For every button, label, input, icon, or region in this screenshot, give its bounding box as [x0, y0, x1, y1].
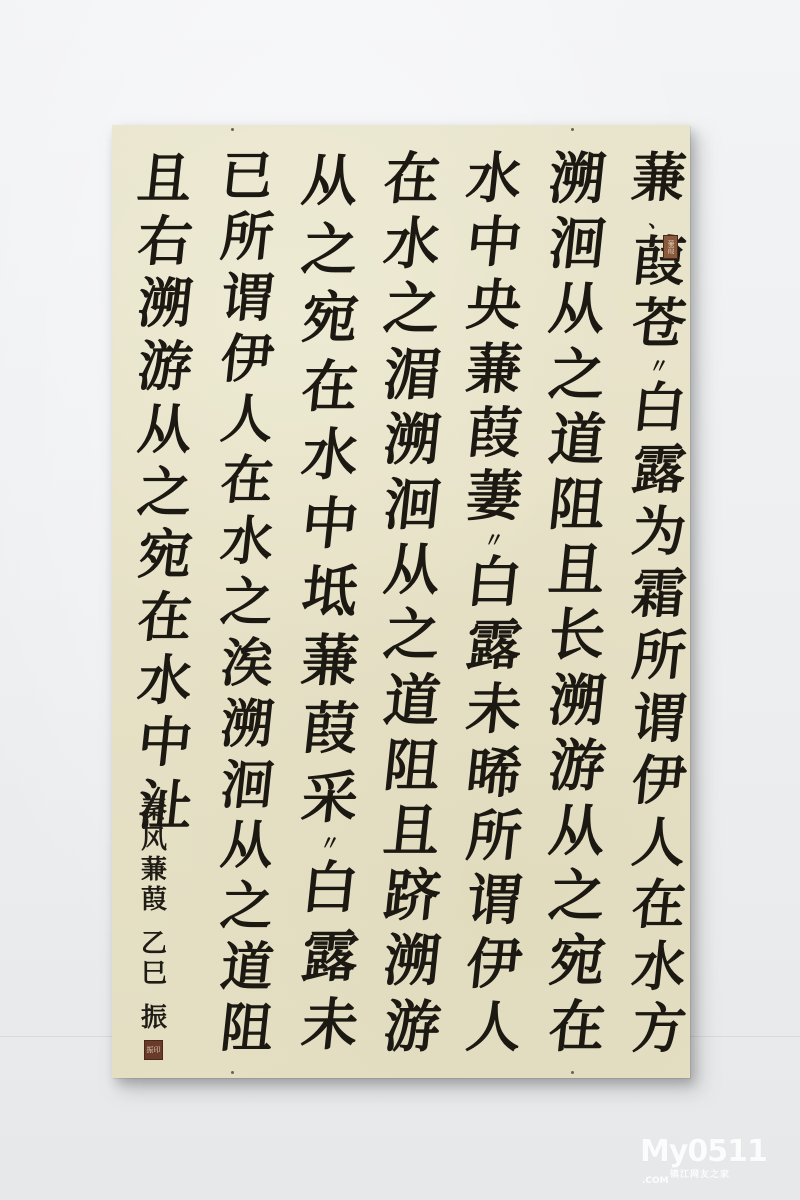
text-column-6: 已所谓伊人在水之涘溯洄从之道阻: [212, 147, 282, 1060]
seal-top-text: 蒹葭: [666, 240, 675, 254]
calligraphy-character: 所: [209, 208, 285, 269]
calligraphy-character: 从: [127, 398, 204, 461]
calligraphy-character: 人: [621, 812, 698, 874]
calligraphy-character: 宛: [539, 929, 616, 994]
calligraphy-character: 葭: [456, 402, 533, 466]
inscription-character: 葭: [141, 885, 167, 915]
calligraphy-character: 谓: [456, 869, 533, 933]
calligraphy-character: 未: [291, 991, 368, 1060]
calligraphy-character: 洄: [209, 756, 285, 817]
text-column-3: 水中央蒹葭萋〃白露未晞所谓伊人: [459, 147, 529, 1060]
calligraphy-character: 露: [456, 614, 533, 678]
calligraphy-character: 在: [291, 353, 368, 422]
calligraphy-character: 蒹: [621, 147, 698, 209]
calligraphy-character: 且: [127, 147, 204, 210]
calligraphy-character: 水: [456, 147, 533, 211]
calligraphy-character: 在: [539, 995, 616, 1060]
pin-mark-bottom-right: [571, 1071, 574, 1074]
calligraphy-character: 萋: [456, 465, 533, 529]
calligraphy-character: 之: [291, 216, 368, 285]
calligraphy-character: 之: [374, 277, 451, 342]
watermark-domain: .COM: [642, 1176, 669, 1186]
calligraphy-character: 从: [539, 277, 616, 342]
calligraphy-character: 白: [621, 377, 698, 439]
calligraphy-character: 溯: [374, 929, 451, 994]
seal-top: 蒹葭: [663, 235, 678, 259]
calligraphy-character: 且: [374, 799, 451, 864]
calligraphy-character: 在: [127, 586, 204, 649]
calligraphy-character: 从: [209, 816, 285, 877]
calligraphy-character: 露: [621, 439, 698, 501]
calligraphy-character: 右: [127, 210, 204, 273]
calligraphy-character: 湄: [374, 343, 451, 408]
watermark-logo: My0511: [640, 1137, 767, 1167]
calligraphy-character: 从: [291, 147, 368, 216]
calligraphy-character: 游: [539, 734, 616, 799]
calligraphy-character: 方: [621, 998, 698, 1060]
calligraphy-character: 道: [374, 669, 451, 734]
calligraphy-character: 葭: [291, 695, 368, 764]
calligraphy-character: 在: [209, 451, 285, 512]
calligraphy-character: 之: [539, 343, 616, 408]
calligraphy-character: 霜: [621, 563, 698, 625]
calligraphy-character: 之: [209, 877, 285, 938]
calligraphy-character: 溯: [127, 272, 204, 335]
calligraphy-character: 游: [127, 335, 204, 398]
calligraphy-character: 在: [374, 147, 451, 212]
inscription-character: 乙: [141, 929, 167, 959]
watermark-subtitle: 镇江网友之家: [670, 1167, 730, 1180]
pin-mark-top-right: [571, 128, 574, 131]
calligraphy-character: 洄: [374, 473, 451, 538]
calligraphy-character: 之: [539, 864, 616, 929]
calligraphy-character: 水: [291, 421, 368, 490]
calligraphy-character: 伊: [456, 933, 533, 997]
calligraphy-character: 伊: [209, 330, 285, 391]
calligraphy-character: 水: [374, 212, 451, 277]
calligraphy-character: 〃: [458, 529, 530, 551]
seal-bottom-text: 振印: [147, 1046, 161, 1054]
calligraphy-character: 未: [456, 678, 533, 742]
calligraphy-character: 人: [209, 390, 285, 451]
calligraphy-character: 所: [456, 805, 533, 869]
calligraphy-character: 为: [621, 501, 698, 563]
calligraphy-character: 宛: [291, 284, 368, 353]
pin-mark-top-left: [231, 128, 234, 131]
text-column-4: 在水之湄溯洄从之道阻且跻溯游: [377, 147, 447, 1060]
calligraphy-character: 之: [209, 573, 285, 634]
text-column-2: 溯洄从之道阻且长溯游从之宛在: [542, 147, 612, 1060]
calligraphy-character: 水: [209, 512, 285, 573]
calligraphy-character: 中: [127, 711, 204, 774]
inscription-character: 风: [141, 825, 167, 855]
photo-scene: { "scene": { "description": "Framed Chin…: [0, 0, 800, 1200]
text-column-1: 蒹、葭苍〃白露为霜所谓伊人在水方: [624, 147, 694, 1060]
calligraphy-character: 道: [539, 408, 616, 473]
calligraphy-character: 苍: [621, 293, 698, 355]
calligraphy-character: 蒹: [291, 627, 368, 696]
calligraphy-character: 中: [291, 490, 368, 559]
calligraphy-character: 水: [621, 936, 698, 998]
calligraphy-character: 白: [456, 551, 533, 615]
seal-bottom: 振印: [144, 1040, 163, 1060]
artist-inscription: 秦风蒹葭乙巳振: [134, 795, 174, 1033]
calligraphy-character: 且: [539, 538, 616, 603]
calligraphy-character: 溯: [539, 669, 616, 734]
inscription-character: 秦: [141, 795, 167, 825]
calligraphy-character: 中: [456, 211, 533, 275]
calligraphy-character: 跻: [374, 864, 451, 929]
calligraphy-character: 之: [127, 461, 204, 524]
inscription-character: 蒹: [141, 855, 167, 885]
calligraphy-character: 伊: [621, 750, 698, 812]
calligraphy-character: 从: [539, 799, 616, 864]
calligraphy-character: 〃: [623, 355, 695, 377]
calligraphy-character: 坻: [291, 558, 368, 627]
calligraphy-character: 阻: [374, 734, 451, 799]
calligraphy-character: 采: [291, 764, 368, 833]
calligraphy-character: 在: [621, 874, 698, 936]
calligraphy-character: 溯: [209, 695, 285, 756]
calligraphy-character: 溯: [374, 408, 451, 473]
calligraphy-character: 游: [374, 995, 451, 1060]
calligraphy-character: 央: [456, 274, 533, 338]
calligraphy-character: 阻: [209, 999, 285, 1060]
calligraphy-character: 水: [127, 649, 204, 712]
calligraphy-character: 晞: [456, 742, 533, 806]
text-column-7: 且右溯游从之宛在水中沚: [130, 147, 200, 837]
calligraphy-character: 之: [374, 603, 451, 668]
inscription-character: 巳: [141, 959, 167, 989]
pin-mark-bottom-left: [231, 1071, 234, 1074]
calligraphy-character: 所: [621, 625, 698, 687]
calligraphy-character: 长: [539, 603, 616, 668]
calligraphy-character: 道: [209, 938, 285, 999]
calligraphy-character: 〃: [294, 832, 366, 854]
calligraphy-character: 蒹: [456, 338, 533, 402]
calligraphy-character: 涘: [209, 634, 285, 695]
calligraphy-character: 阻: [539, 473, 616, 538]
text-column-5: 从之宛在水中坻蒹葭采〃白露未: [295, 147, 365, 1060]
calligraphy-character: 从: [374, 538, 451, 603]
calligraphy-character: 洄: [539, 212, 616, 277]
calligraphy-character: 白: [291, 854, 368, 923]
calligraphy-character: 露: [291, 923, 368, 992]
calligraphy-character: 谓: [621, 688, 698, 750]
calligraphy-character: 葭: [621, 231, 698, 293]
calligraphy-character: 谓: [209, 269, 285, 330]
calligraphy-character: 溯: [539, 147, 616, 212]
calligraphy-character: 人: [456, 996, 533, 1060]
inscription-character: 振: [141, 1003, 167, 1033]
calligraphy-character: 已: [209, 147, 285, 208]
calligraphy-character: 、: [623, 209, 695, 231]
site-watermark: My0511.COM 镇江网友之家: [640, 1137, 790, 1177]
calligraphy-panel: 蒹、葭苍〃白露为霜所谓伊人在水方溯洄从之道阻且长溯游从之宛在水中央蒹葭萋〃白露未…: [112, 125, 690, 1078]
calligraphy-character: 宛: [127, 523, 204, 586]
